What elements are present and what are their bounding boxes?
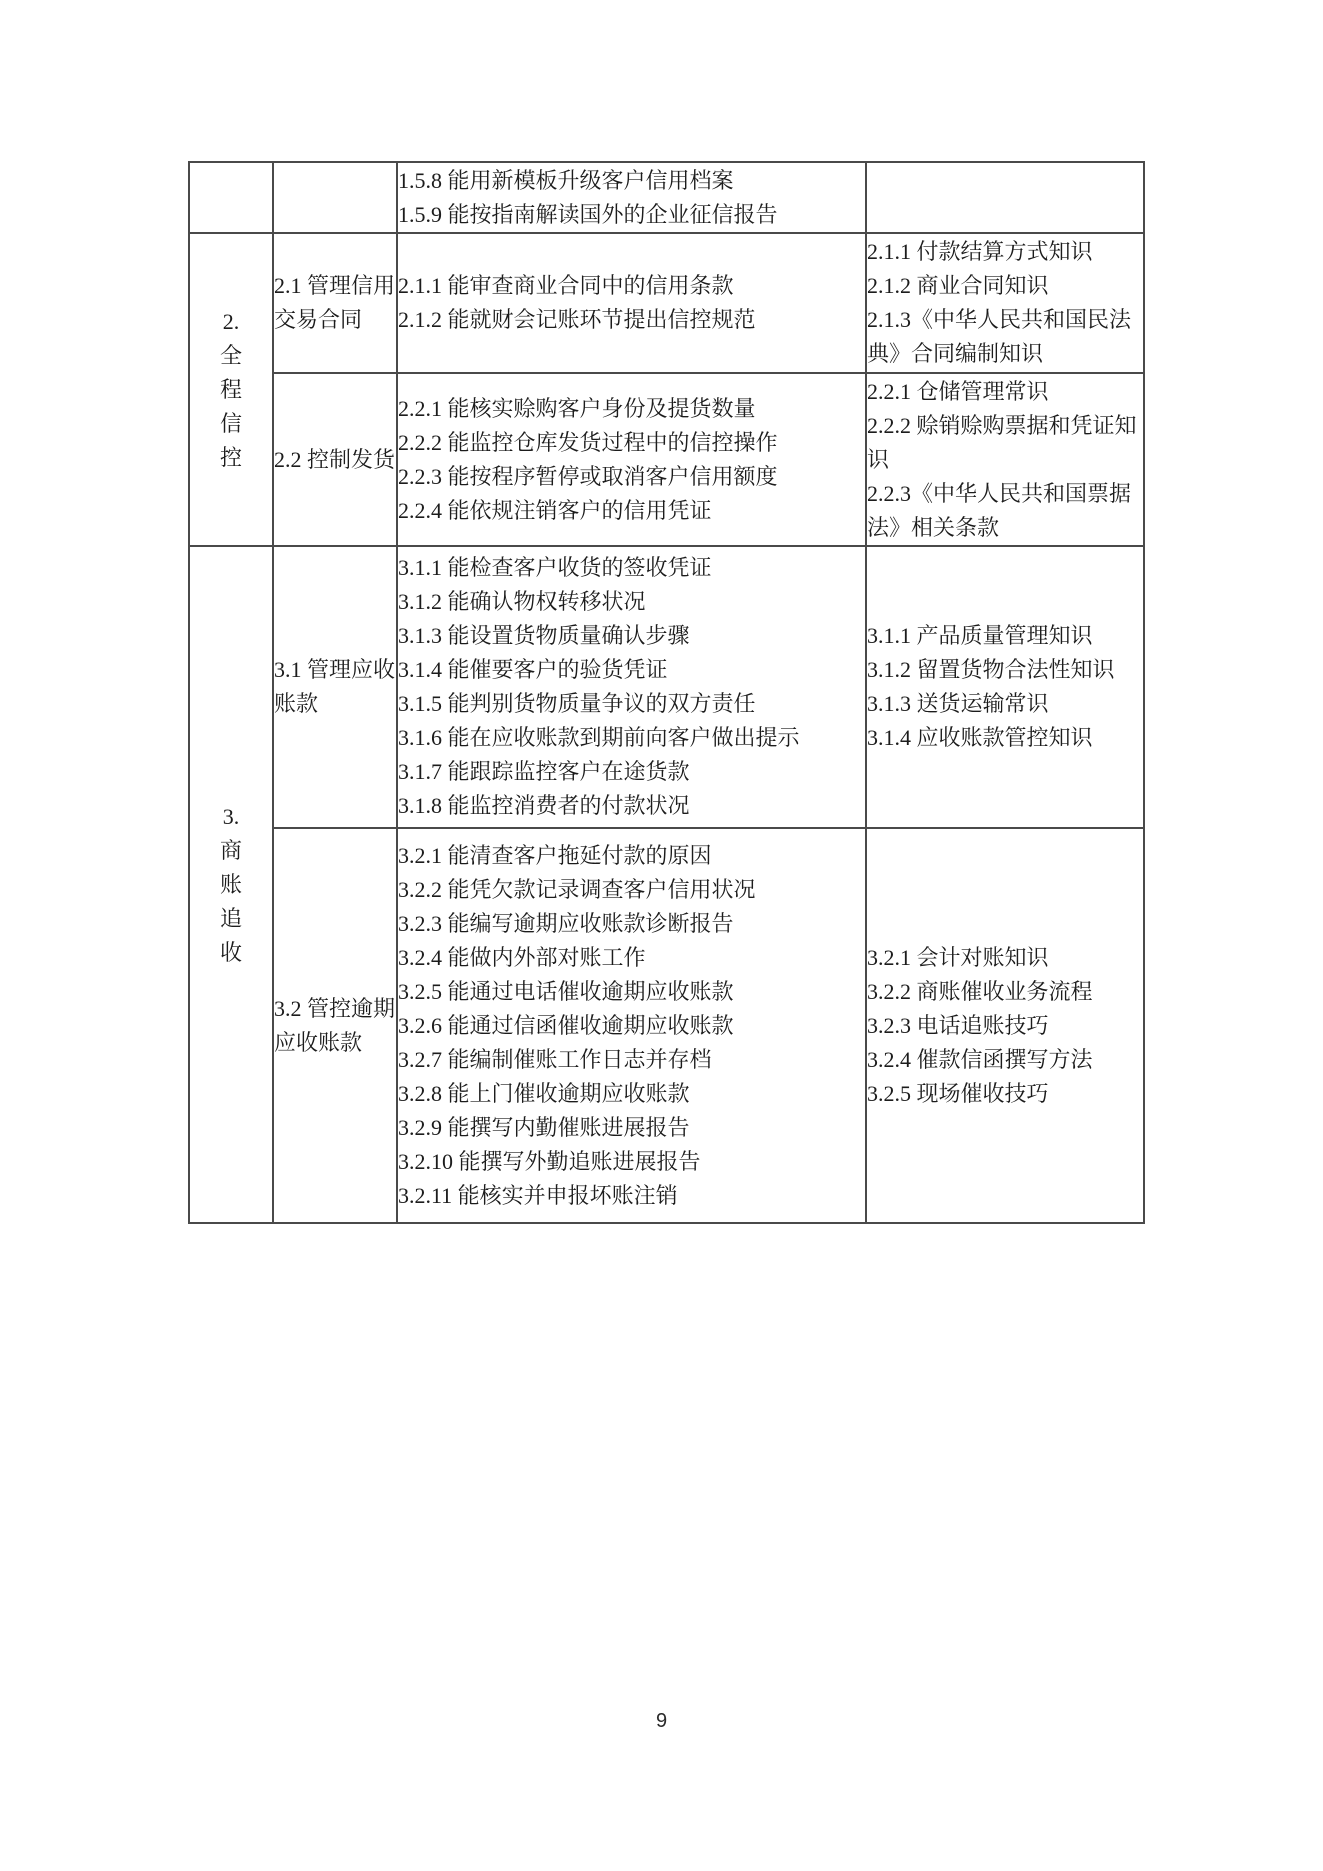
cell-skills-2-2: 2.2.1 能核实赊购客户身份及提货数量2.2.2 能监控仓库发货过程中的信控操…	[397, 373, 866, 546]
text-line: 3.1.2 留置货物合法性知识	[867, 653, 1143, 687]
cell-duty-2-1: 2.1 管理信用交易合同	[273, 233, 397, 373]
text-line: 3.2.4 催款信函撰写方法	[867, 1043, 1143, 1077]
text-line: 信	[190, 407, 272, 441]
cell-skills-2-1: 2.1.1 能审查商业合同中的信用条款2.1.2 能就财会记账环节提出信控规范	[397, 233, 866, 373]
text-line: 2.2.3 能按程序暂停或取消客户信用额度	[398, 460, 865, 494]
text-line: 2.1.1 付款结算方式知识	[867, 235, 1143, 269]
text-line: 3.2.1 能清查客户拖延付款的原因	[398, 839, 865, 873]
text-line: 3.2.1 会计对账知识	[867, 941, 1143, 975]
text-line: 2.2.1 仓储管理常识	[867, 375, 1143, 409]
text-line: 3.1.3 能设置货物质量确认步骤	[398, 619, 865, 653]
text-line: 1.5.9 能按指南解读国外的企业征信报告	[398, 198, 865, 232]
text-line: 2.2.1 能核实赊购客户身份及提货数量	[398, 392, 865, 426]
cell-knowledge-2-2: 2.2.1 仓储管理常识2.2.2 赊销赊购票据和凭证知识2.2.3《中华人民共…	[866, 373, 1144, 546]
text-line: 2.1.3《中华人民共和国民法典》合同编制知识	[867, 303, 1143, 371]
text-line: 3.2.5 能通过电话催收逾期应收账款	[398, 975, 865, 1009]
text-line: 3.1.6 能在应收账款到期前向客户做出提示	[398, 721, 865, 755]
text-line: 3.2.2 能凭欠款记录调查客户信用状况	[398, 873, 865, 907]
text-line: 账	[190, 868, 272, 902]
text-line: 3.2.6 能通过信函催收逾期应收账款	[398, 1009, 865, 1043]
text-line: 商	[190, 834, 272, 868]
text-line: 2.2.4 能依规注销客户的信用凭证	[398, 494, 865, 528]
text-line: 2.	[190, 305, 272, 339]
cell-function-2: 2.全程信控	[189, 233, 273, 546]
text-line: 3.1.5 能判别货物质量争议的双方责任	[398, 687, 865, 721]
text-line: 2.2.2 赊销赊购票据和凭证知识	[867, 409, 1143, 477]
cell-knowledge-3-1: 3.1.1 产品质量管理知识3.1.2 留置货物合法性知识3.1.3 送货运输常…	[866, 546, 1144, 828]
table-row-continuation: 1.5.8 能用新模板升级客户信用档案1.5.9 能按指南解读国外的企业征信报告	[189, 162, 1144, 233]
page-number: 9	[0, 1710, 1323, 1733]
text-line: 2.1.1 能审查商业合同中的信用条款	[398, 269, 865, 303]
text-line: 2.2.2 能监控仓库发货过程中的信控操作	[398, 426, 865, 460]
table-row-3-1: 3.商账追收 3.1 管理应收账款 3.1.1 能检查客户收货的签收凭证3.1.…	[189, 546, 1144, 828]
text-line: 3.2.8 能上门催收逾期应收账款	[398, 1077, 865, 1111]
cell-duty-empty	[273, 162, 397, 233]
text-line: 3.1.1 产品质量管理知识	[867, 619, 1143, 653]
table-row-2-1: 2.全程信控 2.1 管理信用交易合同 2.1.1 能审查商业合同中的信用条款2…	[189, 233, 1144, 373]
text-line: 3.2.7 能编制催账工作日志并存档	[398, 1043, 865, 1077]
cell-skills-3-1: 3.1.1 能检查客户收货的签收凭证3.1.2 能确认物权转移状况3.1.3 能…	[397, 546, 866, 828]
cell-function-3: 3.商账追收	[189, 546, 273, 1223]
table-row-3-2: 3.2 管控逾期应收账款 3.2.1 能清查客户拖延付款的原因3.2.2 能凭欠…	[189, 828, 1144, 1223]
text-line: 追	[190, 902, 272, 936]
text-line: 3.2.4 能做内外部对账工作	[398, 941, 865, 975]
text-line: 3.	[190, 800, 272, 834]
text-line: 控	[190, 441, 272, 475]
text-line: 3.2.5 现场催收技巧	[867, 1077, 1143, 1111]
text-line: 3.1.2 能确认物权转移状况	[398, 585, 865, 619]
text-line: 3.2.2 商账催收业务流程	[867, 975, 1143, 1009]
text-line: 1.5.8 能用新模板升级客户信用档案	[398, 164, 865, 198]
text-line: 2.2.3《中华人民共和国票据法》相关条款	[867, 477, 1143, 545]
cell-duty-3-1: 3.1 管理应收账款	[273, 546, 397, 828]
text-line: 2.1.2 商业合同知识	[867, 269, 1143, 303]
text-line: 3.2.3 能编写逾期应收账款诊断报告	[398, 907, 865, 941]
text-line: 3.1.4 能催要客户的验货凭证	[398, 653, 865, 687]
text-line: 2.1.2 能就财会记账环节提出信控规范	[398, 303, 865, 337]
cell-knowledge-2-1: 2.1.1 付款结算方式知识2.1.2 商业合同知识2.1.3《中华人民共和国民…	[866, 233, 1144, 373]
text-line: 3.1.8 能监控消费者的付款状况	[398, 789, 865, 823]
cell-knowledge-3-2: 3.2.1 会计对账知识3.2.2 商账催收业务流程3.2.3 电话追账技巧3.…	[866, 828, 1144, 1223]
cell-skills-1-5: 1.5.8 能用新模板升级客户信用档案1.5.9 能按指南解读国外的企业征信报告	[397, 162, 866, 233]
text-line: 3.1.1 能检查客户收货的签收凭证	[398, 551, 865, 585]
text-line: 3.1.7 能跟踪监控客户在途货款	[398, 755, 865, 789]
document-page: 1.5.8 能用新模板升级客户信用档案1.5.9 能按指南解读国外的企业征信报告…	[0, 0, 1323, 1871]
cell-knowledge-empty	[866, 162, 1144, 233]
text-line: 3.2.3 电话追账技巧	[867, 1009, 1143, 1043]
text-line: 程	[190, 373, 272, 407]
text-line: 全	[190, 339, 272, 373]
cell-skills-3-2: 3.2.1 能清查客户拖延付款的原因3.2.2 能凭欠款记录调查客户信用状况3.…	[397, 828, 866, 1223]
text-line: 收	[190, 936, 272, 970]
cell-duty-3-2: 3.2 管控逾期应收账款	[273, 828, 397, 1223]
table-row-2-2: 2.2 控制发货 2.2.1 能核实赊购客户身份及提货数量2.2.2 能监控仓库…	[189, 373, 1144, 546]
text-line: 3.1.3 送货运输常识	[867, 687, 1143, 721]
text-line: 3.1.4 应收账款管控知识	[867, 721, 1143, 755]
cell-duty-2-2: 2.2 控制发货	[273, 373, 397, 546]
cell-function-empty	[189, 162, 273, 233]
occupational-skill-table: 1.5.8 能用新模板升级客户信用档案1.5.9 能按指南解读国外的企业征信报告…	[188, 161, 1145, 1224]
text-line: 3.2.9 能撰写内勤催账进展报告	[398, 1111, 865, 1145]
text-line: 3.2.10 能撰写外勤追账进展报告	[398, 1145, 865, 1179]
text-line: 3.2.11 能核实并申报坏账注销	[398, 1179, 865, 1213]
